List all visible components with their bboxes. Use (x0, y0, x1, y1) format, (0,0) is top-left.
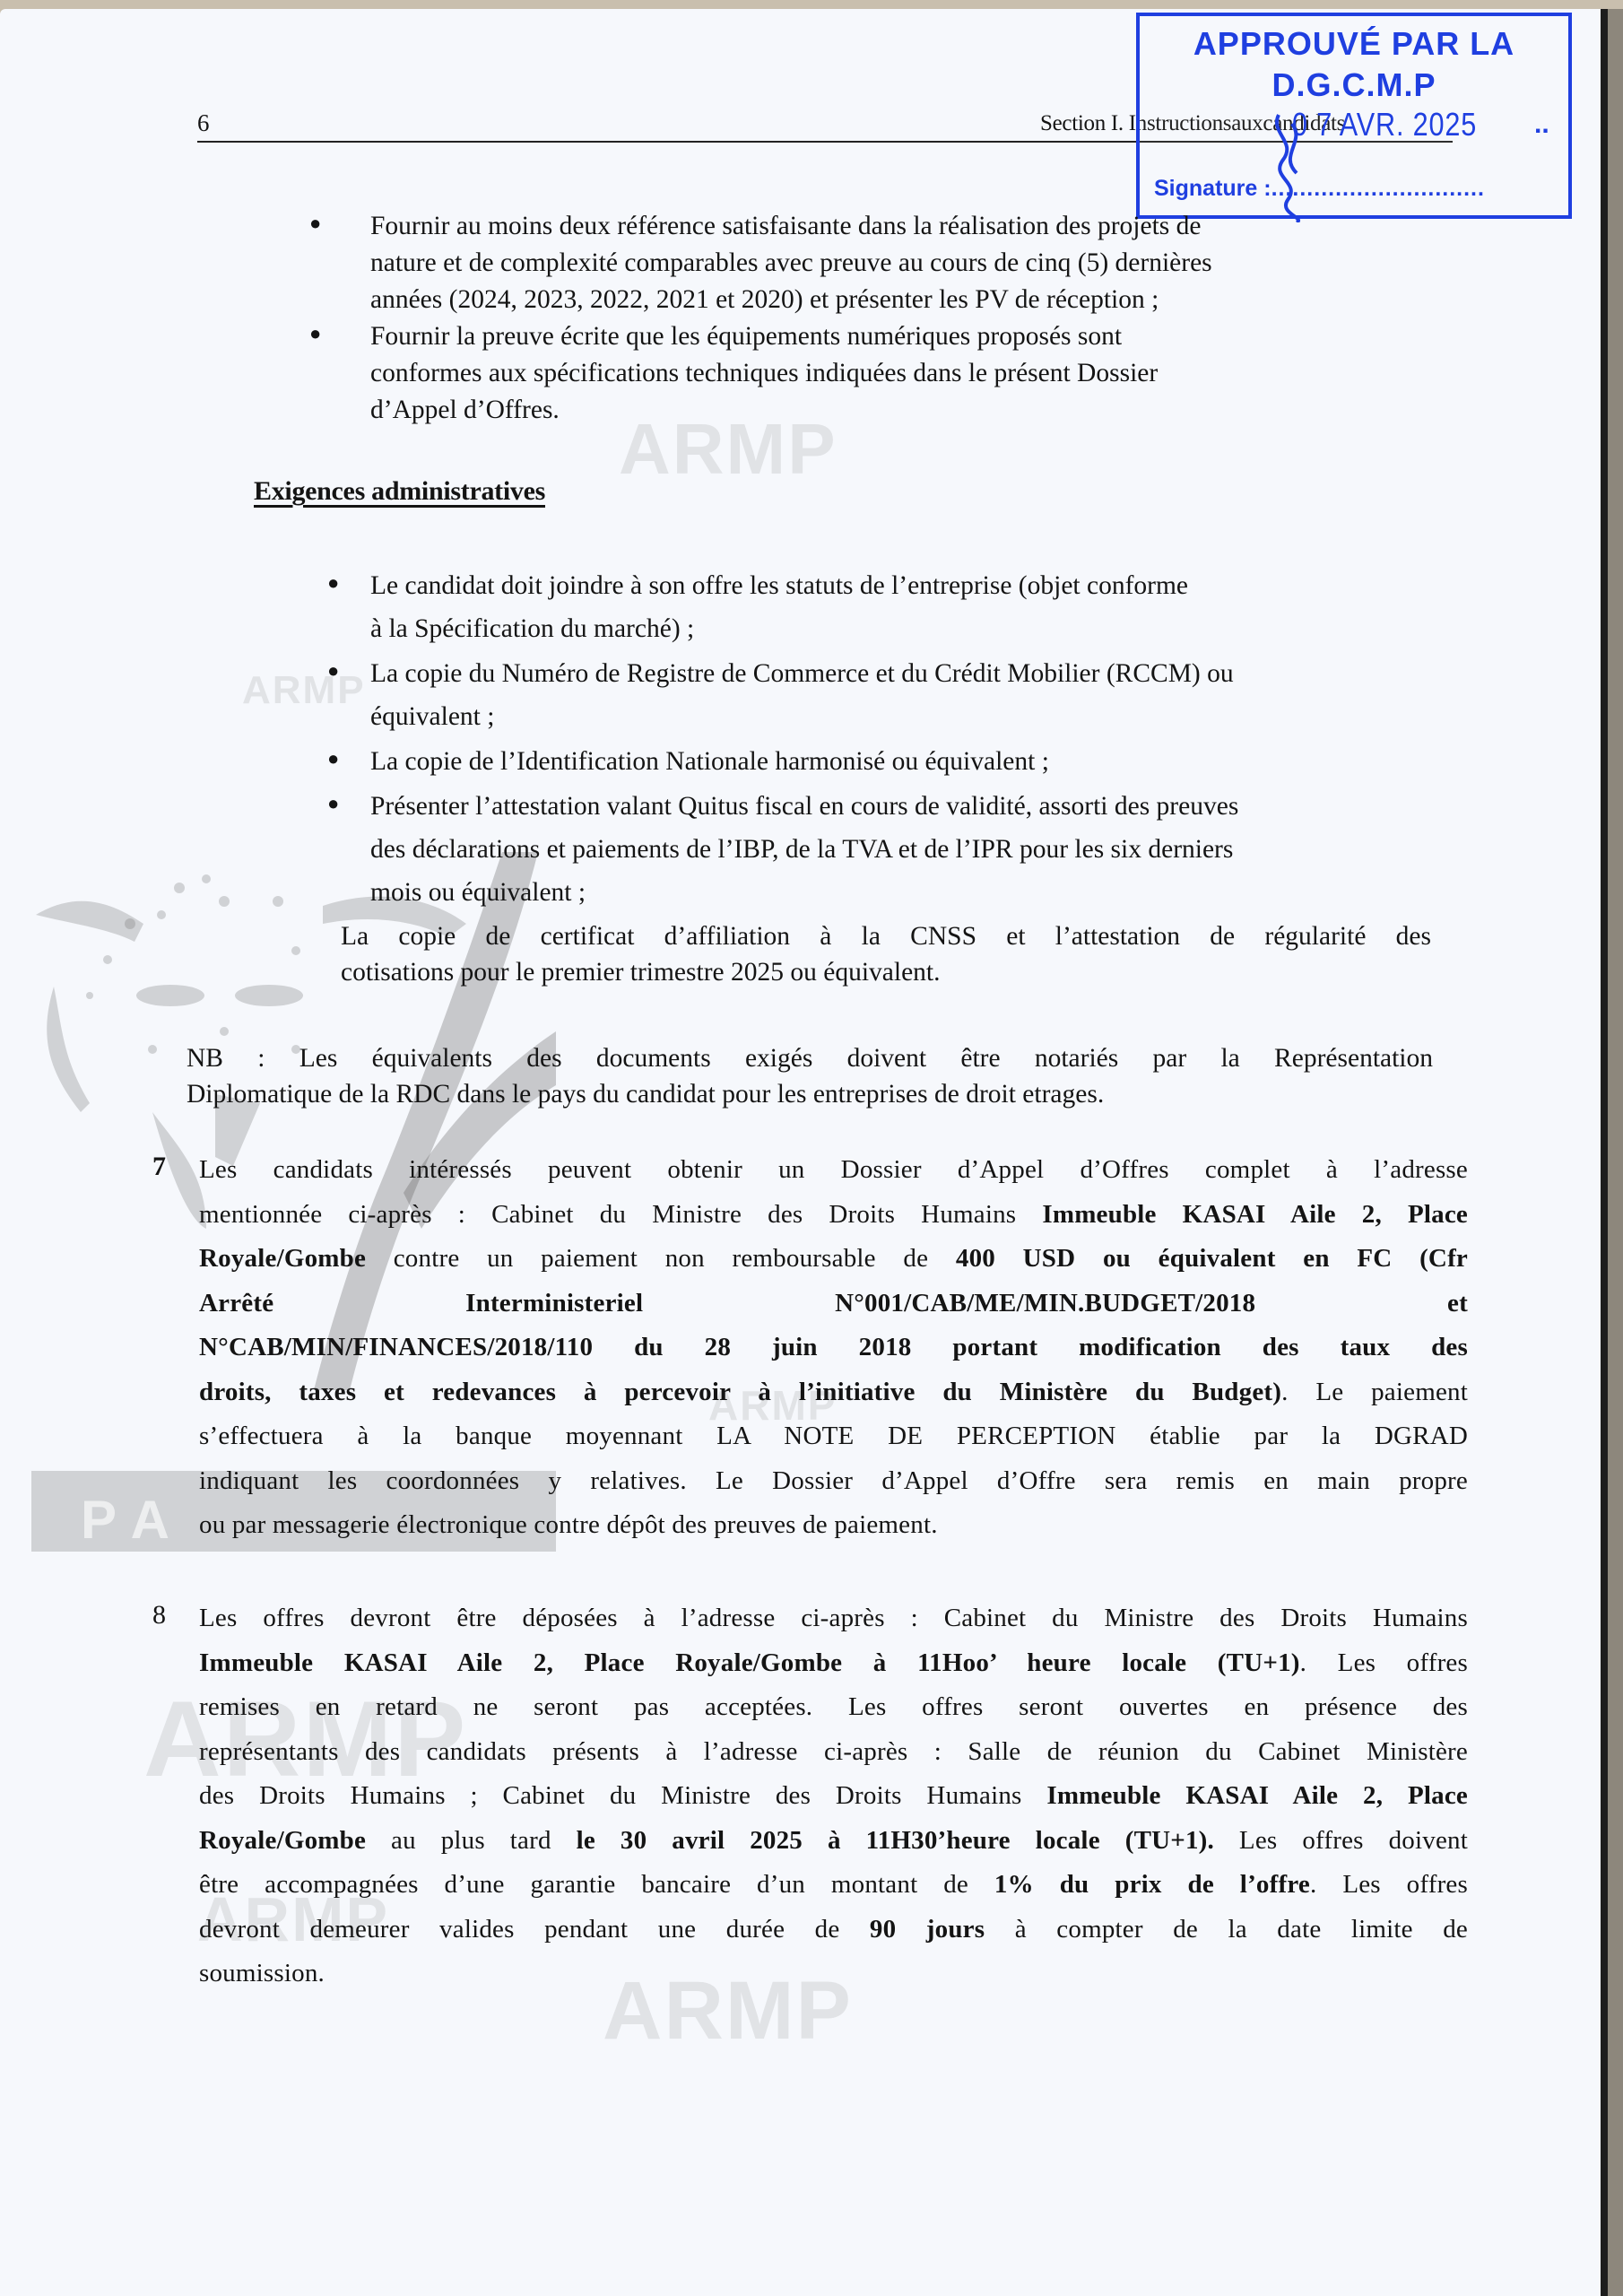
nb-paragraph: NB : Les équivalents des documents exigé… (187, 1040, 1433, 1076)
list-item-line: conformes aux spécifications techniques … (370, 355, 1446, 391)
clause-8-text: Les offres devront être déposées à l’adr… (199, 1596, 1468, 1996)
list-item-line: équivalent ; (370, 699, 1437, 735)
stamp-authority: D.G.C.M.P (1140, 66, 1568, 104)
list-item-line: La copie de l’Identification Nationale h… (370, 744, 1437, 779)
bullet-icon: ● (327, 792, 339, 815)
list-item-line: Fournir au moins deux référence satisfai… (370, 208, 1446, 244)
stamp-title: APPROUVÉ PAR LA (1140, 25, 1568, 63)
cnss-paragraph: La copie de certificat d’affiliation à l… (341, 918, 1431, 954)
page-number: 6 (197, 109, 210, 137)
scanner-background (1608, 9, 1623, 2296)
stamp-date-dots: .. (1534, 109, 1549, 140)
clause-7-text: Les candidats intéressés peuvent obtenir… (199, 1148, 1468, 1548)
signature-scribble-icon (1252, 106, 1324, 222)
approval-stamp: APPROUVÉ PAR LA D.G.C.M.P 0 7 AVR. 2025 … (1136, 13, 1572, 219)
list-item-line: Le candidat doit joindre à son offre les… (370, 568, 1437, 604)
list-item-line: Fournir la preuve écrite que les équipem… (370, 318, 1446, 354)
list-item-line: La copie du Numéro de Registre de Commer… (370, 656, 1437, 691)
bullet-icon: ● (309, 322, 321, 345)
clause-number-8: 8 (152, 1600, 166, 1631)
cnss-paragraph-end: cotisations pour le premier trimestre 20… (341, 954, 1431, 990)
bullet-icon: ● (327, 747, 339, 770)
page-edge (1601, 9, 1608, 2296)
list-item-line: à la Spécification du marché) ; (370, 611, 1437, 647)
list-item-line: d’Appel d’Offres. (370, 392, 1446, 428)
list-item-line: nature et de complexité comparables avec… (370, 245, 1446, 281)
list-item-line: mois ou équivalent ; (370, 874, 1437, 910)
list-item-line: Présenter l’attestation valant Quitus fi… (370, 788, 1437, 824)
bullet-icon: ● (309, 212, 321, 235)
clause-number-7: 7 (152, 1152, 166, 1182)
list-item-line: des déclarations et paiements de l’IBP, … (370, 831, 1437, 867)
section-heading-admin: Exigences administratives (254, 476, 545, 507)
nb-paragraph-end: Diplomatique de la RDC dans le pays du c… (187, 1076, 1433, 1112)
list-item-line: années (2024, 2023, 2022, 2021 et 2020) … (370, 282, 1446, 317)
bullet-icon: ● (327, 571, 339, 595)
bullet-icon: ● (327, 659, 339, 683)
